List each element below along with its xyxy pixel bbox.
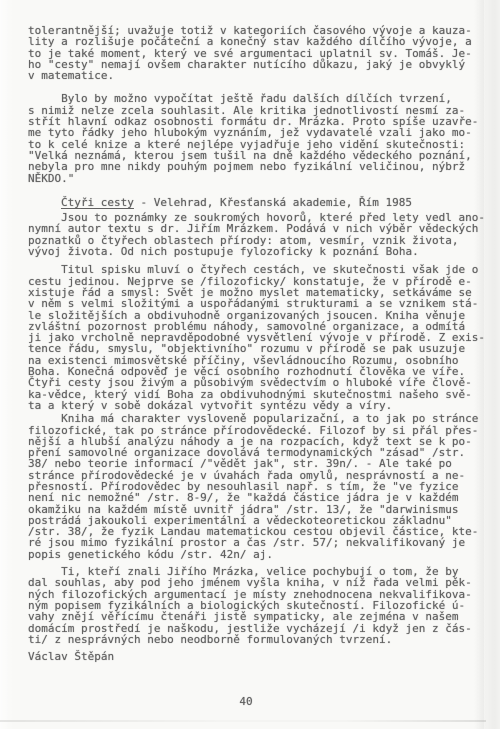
text-line: vahy znějí věřícímu čtenáři jistě sympat…: [28, 611, 484, 622]
text-line: nebyla pro mne nikdy pouhým pojmem nebo …: [28, 161, 484, 172]
text-line: ta a který v sobě dokázal vytvořit synté…: [28, 400, 484, 411]
text-line: vývoj života. Od nich postupuje fylozofi…: [28, 246, 484, 257]
text-line: lity a rozlišuje počáteční a konečný sta…: [28, 36, 484, 47]
text-line: Kniha má charakter vysloveně popularizač…: [28, 413, 484, 424]
heading-subtitle: - Velehrad, Křesťanská akademie, Řím 198…: [134, 196, 412, 209]
text-line: 38/ nebo teorie informací /"vědět jak", …: [28, 458, 484, 469]
text-line: v matematice.: [28, 70, 484, 81]
author-signature: Václav Štěpán: [28, 651, 484, 662]
section-heading: Čtyři cesty - Velehrad, Křesťanská akade…: [28, 197, 484, 208]
text-line: ti/ z nesprávných nebo neodborně formulo…: [28, 634, 484, 645]
paragraph-four-ways: Titul spisku mluví o čtyřech cestách, ve…: [28, 264, 484, 411]
text-line: Titul spisku mluví o čtyřech cestách, ve…: [28, 264, 484, 275]
text-line: v něm s velmi složitými a uspořádanými s…: [28, 298, 484, 309]
scanned-document-page: tolerantnější; uvažuje totiž v kategorií…: [0, 0, 500, 729]
text-line: NĚKDO.": [28, 173, 484, 184]
paragraph-tolerance: tolerantnější; uvažuje totiž v kategorií…: [28, 25, 484, 81]
text-line: me tyto řádky jeho hlubokým vyznáním, je…: [28, 127, 484, 138]
paragraph-critique: Kniha má charakter vysloveně popularizač…: [28, 413, 484, 560]
text-line: Václav Štěpán: [28, 651, 484, 662]
text-line: dal souhlas, aby pod jeho jménem vyšla k…: [28, 577, 484, 588]
paragraph-book-intro: Jsou to poznámky ze soukromých hovorů, k…: [28, 212, 484, 257]
text-content: tolerantnější; uvažuje totiž v kategorií…: [28, 25, 484, 708]
paragraph-conclusion-quote: Bylo by možno vypočítat ještě řadu další…: [28, 93, 484, 183]
text-line: Čtyři cesty jsou živým a působivým svěde…: [28, 377, 484, 388]
text-line: není nic nemožné" /str. 8-9/, že "každá …: [28, 492, 484, 503]
text-line: 40: [28, 696, 464, 707]
paragraph-doubts: Ti, kteří znali Jiřího Mrázka, velice po…: [28, 566, 484, 645]
page-number: 40: [28, 696, 484, 707]
text-line: popis genetického kódu /str. 42n/ aj.: [28, 549, 484, 560]
heading-title-underlined: Čtyři cesty: [61, 196, 134, 209]
